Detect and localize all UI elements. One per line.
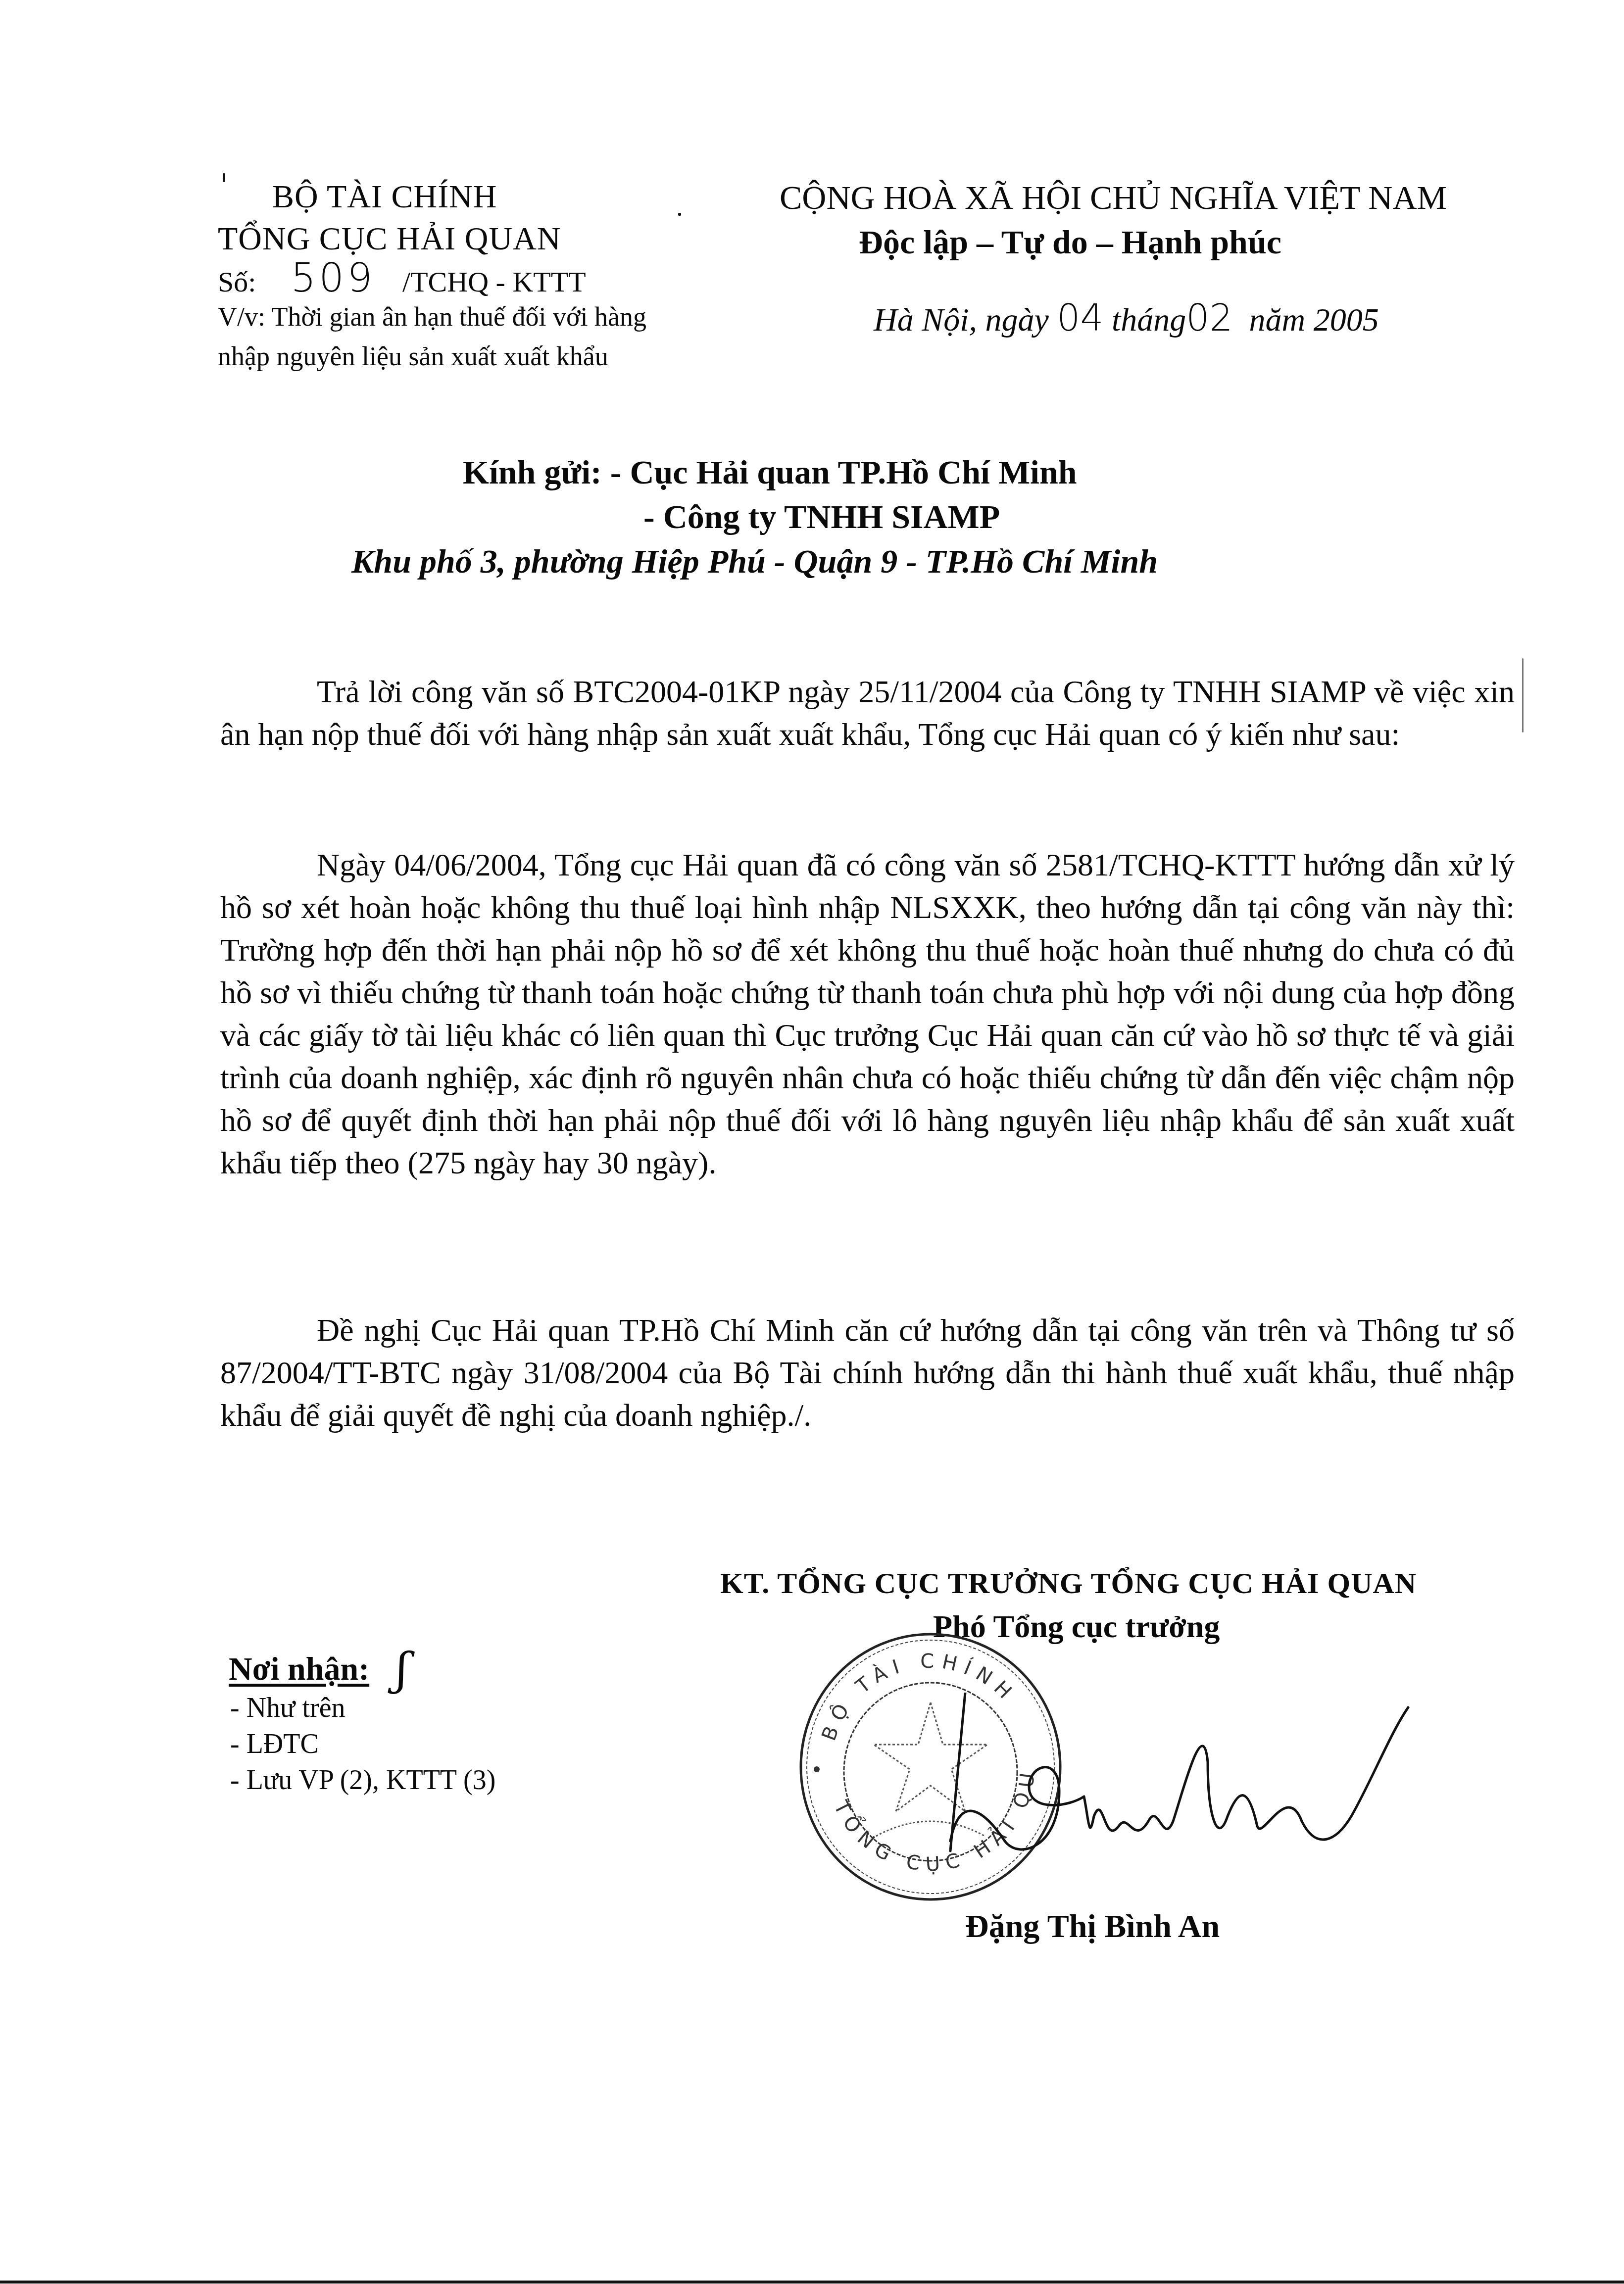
date-year: năm 2005 <box>1249 302 1379 338</box>
handwritten-mark-icon: ʃ <box>396 1643 408 1695</box>
paragraph-text: Ngày 04/06/2004, Tổng cục Hải quan đã có… <box>220 844 1515 1184</box>
date-line: Hà Nội, ngày 04 tháng02 năm 2005 <box>874 297 1379 340</box>
recipient-address: Khu phố 3, phường Hiệp Phú - Quận 9 - TP… <box>351 542 1158 581</box>
subject: V/v: Thời gian ân hạn thuế đối với hàng … <box>218 297 646 376</box>
date-month-label: tháng <box>1112 302 1186 338</box>
distribution-list: - Như trên - LĐTC - Lưu VP (2), KTTT (3) <box>230 1690 495 1798</box>
distribution-heading: Nơi nhận: <box>229 1651 369 1688</box>
body-paragraph-2: Ngày 04/06/2004, Tổng cục Hải quan đã có… <box>220 844 1515 1184</box>
on-behalf-title: KT. TỔNG CỤC TRƯỞNG TỔNG CỤC HẢI QUAN <box>720 1566 1417 1601</box>
recipient-line-2: - Công ty TNHH SIAMP <box>643 497 1000 536</box>
subject-line-1: V/v: Thời gian ân hạn thuế đối với hàng <box>218 297 646 337</box>
distribution-item: - LĐTC <box>230 1726 495 1762</box>
distribution-item: - Lưu VP (2), KTTT (3) <box>230 1762 495 1798</box>
ministry-name: BỘ TÀI CHÍNH <box>272 178 497 216</box>
recipient-line-1: Kính gửi: - Cục Hải quan TP.Hồ Chí Minh <box>463 453 1077 492</box>
agency-name: TỔNG CỤC HẢI QUAN <box>218 220 561 258</box>
date-prefix: Hà Nội, ngày <box>874 302 1049 338</box>
doc-code: /TCHQ - KTTT <box>402 266 586 298</box>
date-day: 04 <box>1057 297 1103 340</box>
body-paragraph-3: Đề nghị Cục Hải quan TP.Hồ Chí Minh căn … <box>220 1309 1515 1437</box>
subject-line-2: nhập nguyên liệu sản xuất xuất khẩu <box>218 337 646 376</box>
document-number: Số:509/TCHQ - KTTT <box>218 255 586 301</box>
scan-speck <box>678 213 681 216</box>
paragraph-text: Đề nghị Cục Hải quan TP.Hồ Chí Minh căn … <box>220 1309 1515 1437</box>
signer-name: Đặng Thị Bình An <box>965 1908 1220 1945</box>
date-month: 02 <box>1186 297 1232 340</box>
doc-number-value: 509 <box>291 255 375 301</box>
distribution-item: - Như trên <box>230 1690 495 1726</box>
handwritten-signature-icon <box>940 1693 1411 1856</box>
doc-number-label: Số: <box>218 266 256 298</box>
scan-speck <box>223 173 225 182</box>
scan-artifact-line <box>1522 658 1524 732</box>
nation-title: CỘNG HOÀ XÃ HỘI CHỦ NGHĨA VIỆT NAM <box>780 178 1447 217</box>
paragraph-text: Trả lời công văn số BTC2004-01KP ngày 25… <box>220 671 1515 756</box>
body-paragraph-1: Trả lời công văn số BTC2004-01KP ngày 25… <box>220 671 1515 756</box>
national-motto: Độc lập – Tự do – Hạnh phúc <box>859 223 1281 262</box>
scan-bottom-edge <box>0 2281 1624 2284</box>
